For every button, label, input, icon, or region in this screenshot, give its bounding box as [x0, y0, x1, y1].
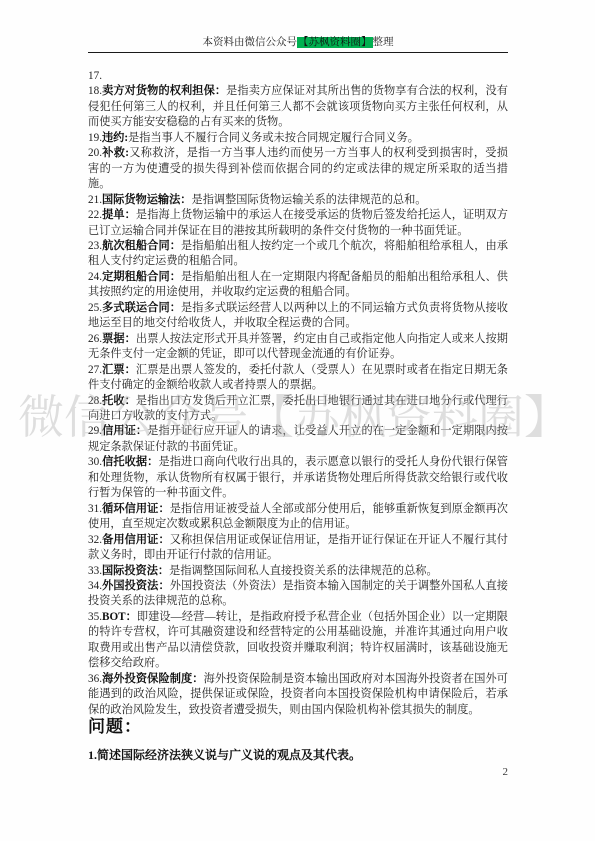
definition-item: 26.票据：出票人按法定形式开具并签署，约定由自己或指定他人向指定人或来人按期无…: [88, 332, 508, 363]
item-number: 36.: [88, 673, 102, 685]
item-number: 21.: [88, 194, 102, 206]
definition-item: 21.国际货物运输法：是指调整国际货物运输关系的法律规范的总和。: [88, 193, 508, 208]
definition-item: 30.信托收据：是指进口商向代收行出具的，表示愿意以银行的受托人身份代银行保管和…: [88, 455, 508, 501]
item-body: 汇票是出票人签发的，委托付款人（受票人）在见票时或者在指定日期无条件支付确定的金…: [88, 364, 508, 391]
definition-item: 33.国际投资法：是指调整国际间私人直接投资关系的法律规范的总称。: [88, 564, 508, 579]
definition-item: 20.补救:又称救济，是指一方当事人违约而使另一方当事人的权利受到损害时，受损害…: [88, 146, 508, 192]
item-number: 26.: [88, 333, 102, 345]
item-number: 20.: [88, 147, 102, 159]
item-body: 是指出口方发货后开立汇票，委托出口地银行通过其在进口地分行或代理行向进口方收款的…: [88, 395, 508, 422]
item-body: 是指调整国际间私人直接投资关系的法律规范的总称。: [169, 565, 438, 577]
item-number: 30.: [88, 456, 102, 468]
questions-items: 1.简述国际经济法狭义说与广义说的观点及其代表。: [88, 747, 508, 763]
definition-item: 18.卖方对货物的权利担保：是指卖方应保证对其所出售的货物享有合法的权利，没有侵…: [88, 84, 508, 130]
item-number: 25.: [88, 302, 102, 314]
item-body: 是指调整国际货物运输关系的法律规范的总和。: [192, 194, 427, 206]
item-body: 又称救济，是指一方当事人违约而使另一方当事人的权利受到损害时，受损害的一方为使遭…: [88, 147, 508, 190]
item-term: 国际投资法：: [102, 565, 169, 577]
item-number: 35.: [88, 611, 102, 623]
item-term: 国际货物运输法：: [102, 194, 192, 206]
definitions-list: 17.18.卖方对货物的权利担保：是指卖方应保证对其所出售的货物享有合法的权利，…: [88, 69, 508, 718]
item-term: 票据：: [102, 333, 136, 345]
item-number: 22.: [88, 209, 102, 221]
item-term: 信托收据：: [102, 456, 158, 468]
page-header: 本资料由微信公众号【苏枫资料圈】整理: [88, 36, 508, 50]
definition-item: 23.航次租船合同：是指船舶出租人按约定一个或几个航次，将船舶租给承租人，由承租…: [88, 239, 508, 270]
item-term: 多式联运合同：: [102, 302, 181, 314]
item-number: 17.: [88, 70, 102, 82]
header-text-suffix: 整理: [373, 37, 394, 48]
item-term: 外国投资法：: [102, 580, 170, 592]
item-term: 托收：: [102, 395, 136, 407]
item-number: 24.: [88, 271, 102, 283]
item-term: 信用证：: [102, 425, 147, 437]
item-term: 汇票：: [102, 364, 136, 376]
header-text-prefix: 本资料由微信公众号: [203, 37, 298, 48]
item-number: 19.: [88, 132, 102, 144]
definition-item: 29.信用证：是指开证行应开证人的请求，让受益人开立的在一定金额和一定期限内按规…: [88, 424, 508, 455]
definition-item: 31.循环信用证：是指信用证被受益人全部或部分使用后，能够重新恢复到原金额再次使…: [88, 502, 508, 533]
document-page: 本资料由微信公众号【苏枫资料圈】整理 17.18.卖方对货物的权利担保：是指卖方…: [0, 0, 595, 841]
definition-item: 25.多式联运合同：是指多式联运经营人以两种以上的不同运输方式负责将货物从接收地…: [88, 301, 508, 332]
item-number: 29.: [88, 425, 102, 437]
item-body: 出票人按法定形式开具并签署，约定由自己或指定他人向指定人或来人按期无条件支付一定…: [88, 333, 508, 360]
definition-item: 17.: [88, 69, 508, 84]
item-term: 卖方对货物的权利担保：: [102, 85, 226, 97]
definition-item: 22.提单：是指海上货物运输中的承运人在接受承运的货物后签发给托运人，证明双方已…: [88, 208, 508, 239]
header-rule: [88, 52, 508, 53]
definition-item: 32.备用信用证：又称担保信用证或保证信用证，是指开证行保证在开证人不履行其付款…: [88, 533, 508, 564]
questions-heading: 问题：: [88, 712, 508, 737]
definition-item: 35.BOT：即建设—经营—转让，是指政府授予私营企业（包括外国企业）以一定期限…: [88, 610, 508, 672]
item-term: 补救:: [102, 147, 129, 159]
item-term: BOT：: [102, 611, 137, 623]
item-number: 27.: [88, 364, 102, 376]
item-body: 是指当事人不履行合同义务或未按合同规定履行合同义务。: [128, 132, 419, 144]
item-body: 是指海上货物运输中的承运人在接受承运的货物后签发给托运人，证明双方已订立运输合同…: [88, 209, 508, 236]
item-term: 航次租船合同：: [102, 240, 181, 252]
definition-item: 28.托收：是指出口方发货后开立汇票，委托出口地银行通过其在进口地分行或代理行向…: [88, 394, 508, 425]
item-term: 循环信用证：: [102, 503, 170, 515]
item-number: 32.: [88, 534, 102, 546]
item-number: 31.: [88, 503, 102, 515]
item-body: 即建设—经营—转让，是指政府授予私营企业（包括外国企业）以一定期限的特许专营权，…: [88, 611, 508, 669]
item-number: 34.: [88, 580, 102, 592]
item-number: 28.: [88, 395, 102, 407]
questions-section: 问题： 1.简述国际经济法狭义说与广义说的观点及其代表。: [88, 712, 508, 763]
definition-item: 24.定期租船合同：是指船舶出租人在一定期限内将配备船员的船舶出租给承租人、供其…: [88, 270, 508, 301]
item-term: 违约:: [102, 132, 128, 144]
definition-item: 27.汇票：汇票是出票人签发的，委托付款人（受票人）在见票时或者在指定日期无条件…: [88, 363, 508, 394]
header-highlight: 【苏枫资料圈】: [297, 37, 373, 48]
definition-item: 34.外国投资法：外国投资法（外资法）是指资本输入国制定的关于调整外国私人直接投…: [88, 579, 508, 610]
item-number: 33.: [88, 565, 102, 577]
item-term: 定期租船合同：: [102, 271, 181, 283]
question-item: 1.简述国际经济法狭义说与广义说的观点及其代表。: [88, 747, 508, 763]
definition-item: 19.违约:是指当事人不履行合同义务或未按合同规定履行合同义务。: [88, 131, 508, 146]
item-number: 18.: [88, 85, 102, 97]
item-term: 海外投资保险制度：: [102, 673, 204, 685]
item-number: 23.: [88, 240, 102, 252]
item-body: 是指开证行应开证人的请求，让受益人开立的在一定金额和一定期限内按规定条款保证付款…: [88, 425, 508, 452]
item-term: 备用信用证：: [102, 534, 170, 546]
item-term: 提单：: [102, 209, 136, 221]
page-number: 2: [88, 766, 508, 778]
